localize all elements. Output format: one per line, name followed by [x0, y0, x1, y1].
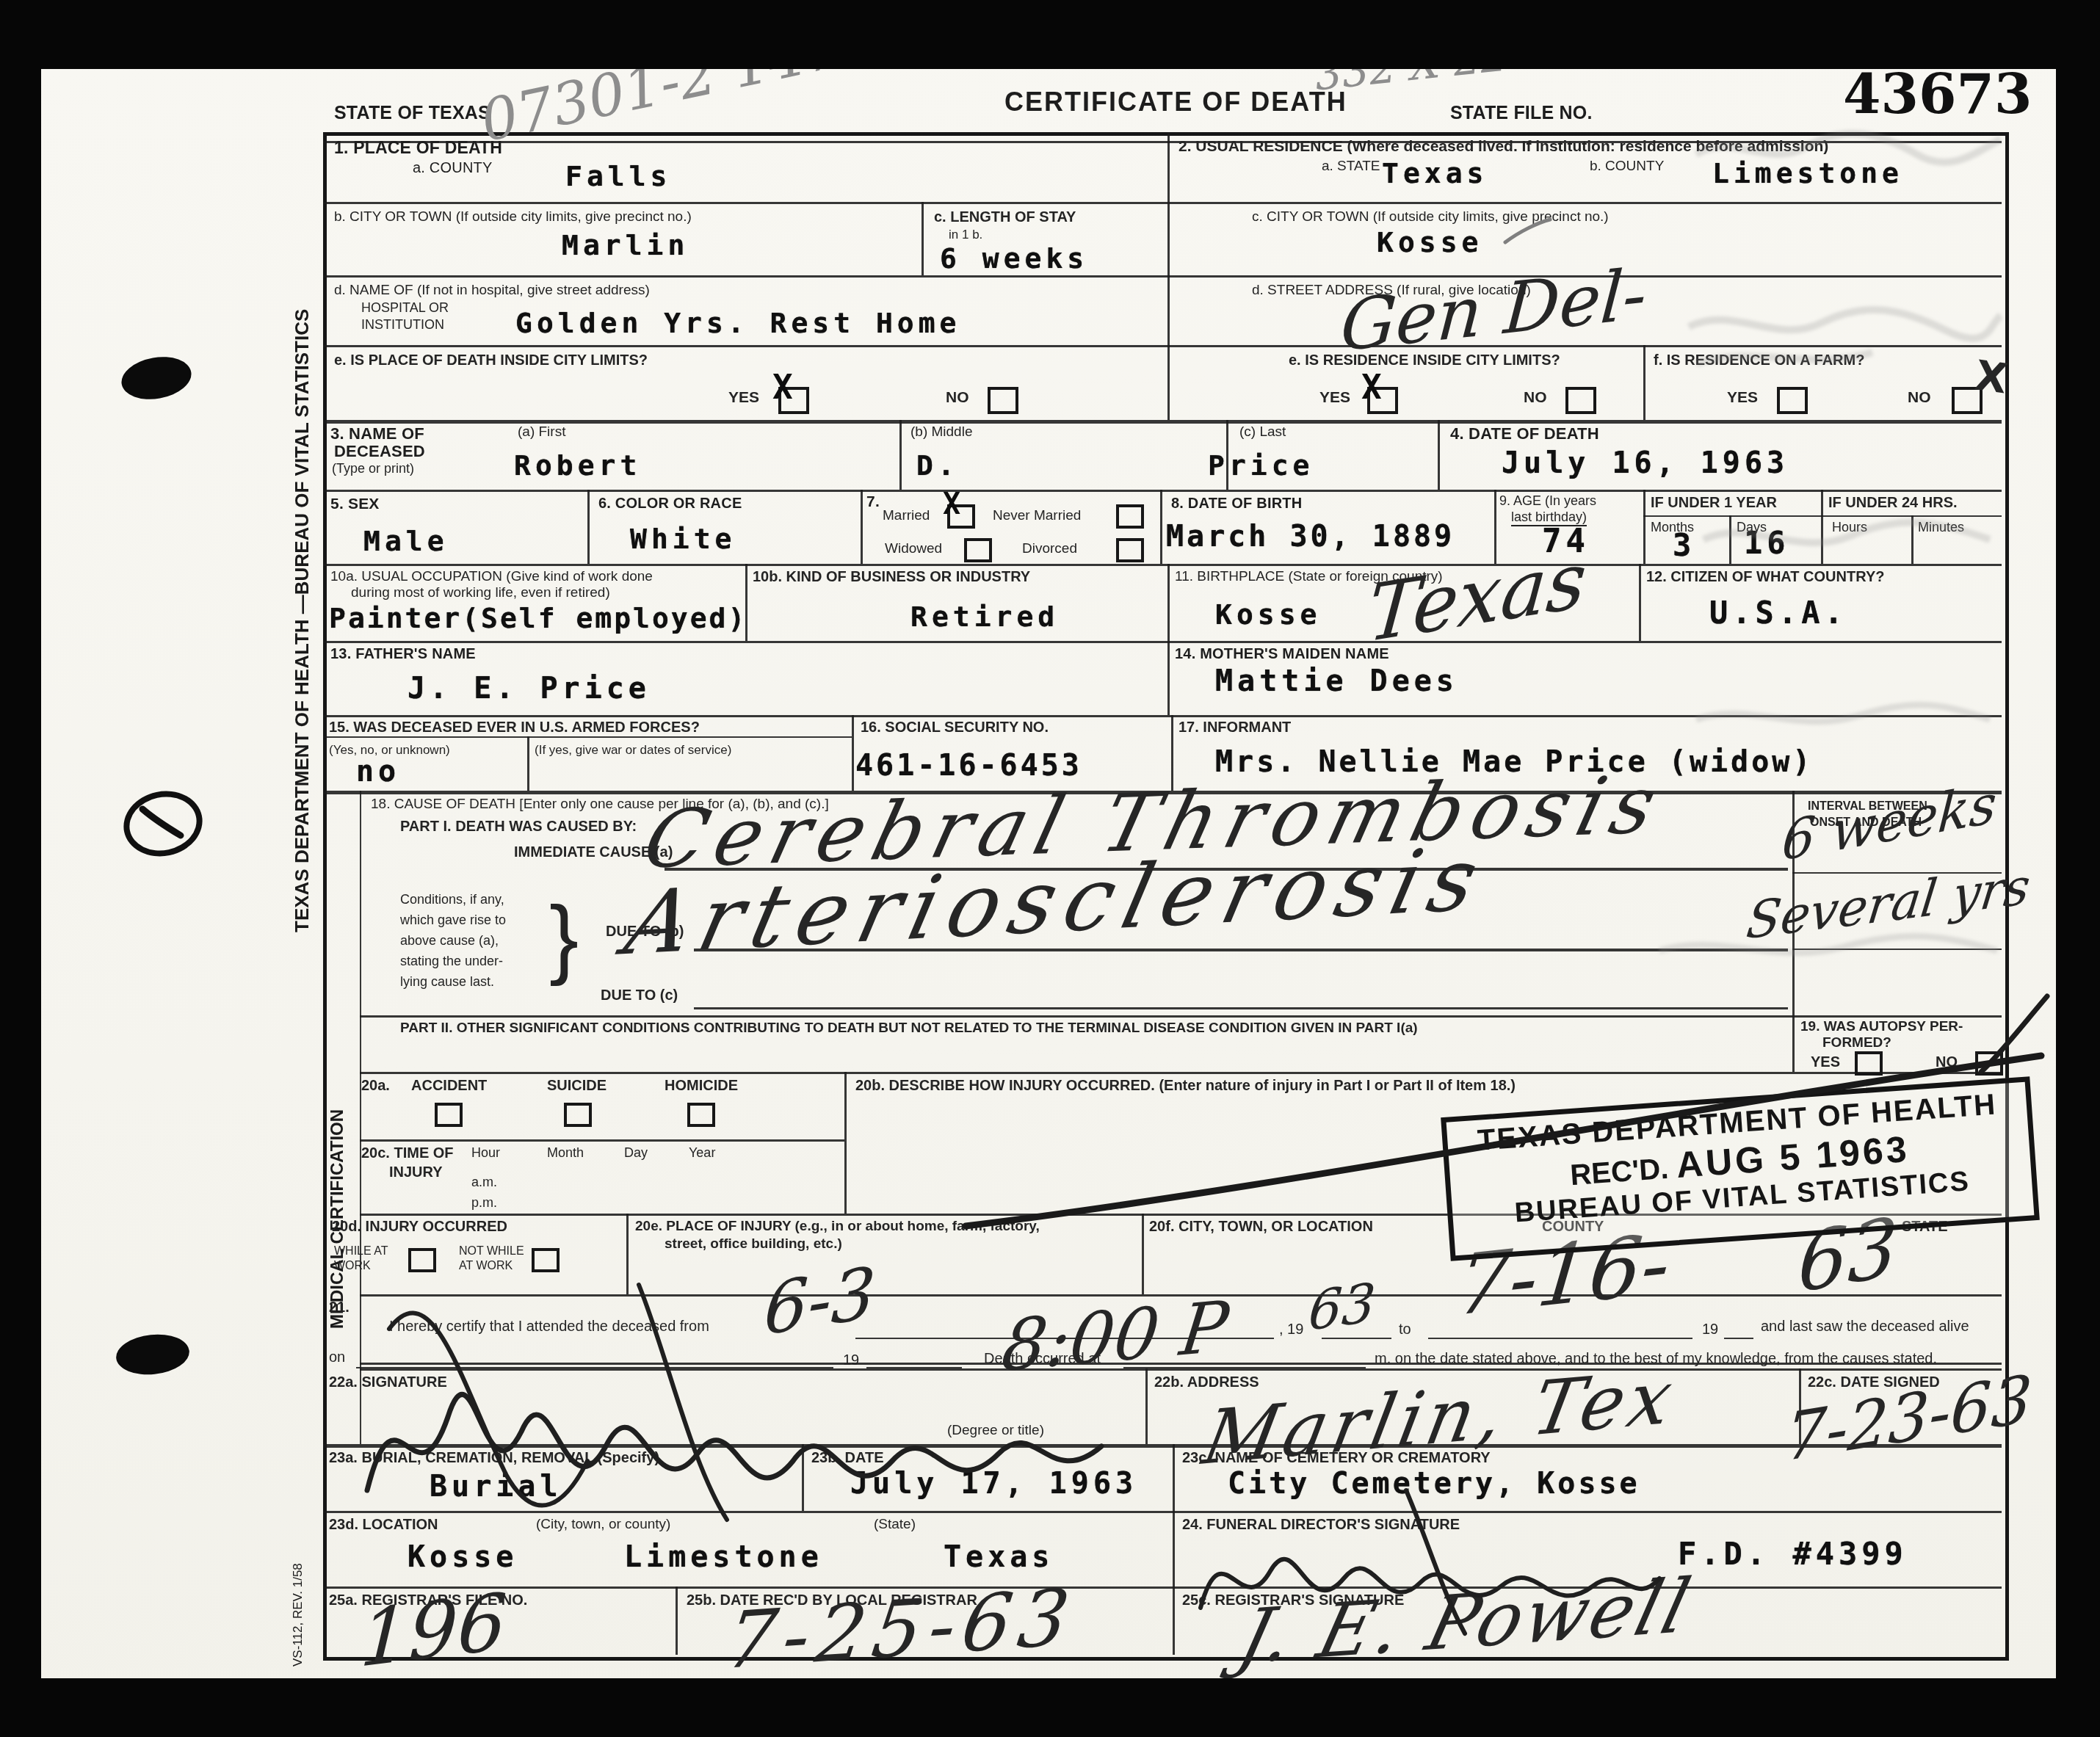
county-label: a. COUNTY [413, 160, 492, 177]
due-to-c-label: DUE TO (c) [601, 987, 678, 1004]
mother-value: Mattie Dees [1215, 664, 1458, 698]
agency-vertical-text: TEXAS DEPARTMENT OF HEALTH —BUREAU OF VI… [291, 345, 314, 932]
divorced-label: Divorced [1022, 541, 1077, 557]
location-city-value: Kosse [408, 1540, 518, 1574]
never-married-label: Never Married [993, 508, 1081, 524]
location-county-value: Limestone [624, 1540, 823, 1574]
date-of-death-value: July 16, 1963 [1502, 446, 1789, 480]
occupation-label-2: during most of working life, even if ret… [351, 585, 610, 601]
married-x: X [943, 487, 960, 521]
birthplace-value: Kosse [1215, 598, 1321, 631]
certify-on: on [329, 1349, 345, 1366]
form-number-vertical-text: VS-112, REV. 1/58 [291, 1498, 305, 1667]
first-name-label: (a) First [518, 424, 565, 440]
part1-label: PART I. DEATH WAS CAUSED BY: [400, 819, 637, 835]
marital-label: 7. [866, 493, 880, 511]
farm-yes-label: YES [1727, 389, 1758, 407]
length-of-stay-value: 6 weeks [940, 242, 1088, 275]
suicide-label: SUICIDE [547, 1078, 607, 1095]
industry-label: 10b. KIND OF BUSINESS OR INDUSTRY [753, 569, 1030, 586]
part2-label: PART II. OTHER SIGNIFICANT CONDITIONS CO… [400, 1020, 1418, 1037]
conditions-note-5: lying cause last. [400, 974, 494, 990]
residence-city-label: c. CITY OR TOWN (If outside city limits,… [1252, 209, 1609, 225]
accident-no-label: 20a. [361, 1078, 390, 1095]
residence-city-value: Kosse [1377, 226, 1482, 258]
residence-county-label: b. COUNTY [1590, 159, 1664, 175]
conditions-note-1: Conditions, if any, [400, 892, 504, 907]
farm-no-label: NO [1908, 389, 1931, 407]
length-of-stay-sub: in 1 b. [949, 228, 982, 242]
citizen-value: U.S.A. [1709, 595, 1847, 631]
pencil-tick [1502, 217, 1553, 246]
certify-19a2: 19 [1702, 1321, 1718, 1338]
physician-signature-scribble [345, 1241, 1153, 1534]
state-file-no-label: STATE FILE NO. [1450, 103, 1593, 124]
bleed-through-mark [1689, 683, 1997, 756]
pm-label: p.m. [471, 1195, 497, 1211]
institution-value: Golden Yrs. Rest Home [515, 307, 960, 339]
registrar-file-number: 196 [358, 1576, 509, 1685]
middle-name-label: (b) Middle [910, 424, 972, 440]
scanned-death-certificate: { "film": { "certificate_number": "43673… [0, 0, 2100, 1737]
first-name-value: Robert [514, 449, 641, 482]
address-label: 22b. ADDRESS [1154, 1374, 1259, 1391]
year-label: Year [689, 1145, 715, 1161]
industry-value: Retired [910, 601, 1059, 633]
institution-label2: HOSPITAL OR [361, 300, 449, 316]
film-edge-left [0, 0, 41, 1737]
bleed-through-mark [1696, 499, 1997, 587]
date-of-death-label: 4. DATE OF DEATH [1450, 424, 1599, 443]
certify-to: to [1399, 1321, 1411, 1338]
certify-19a: , 19 [1279, 1321, 1303, 1338]
residence-state-value: Texas [1382, 157, 1488, 189]
occupation-label-1: 10a. USUAL OCCUPATION (Give kind of work… [330, 569, 653, 585]
residence-state-label: a. STATE [1322, 159, 1380, 175]
death-city-limits-yes-x: X [772, 367, 793, 407]
armed-forces-label: 15. WAS DECEASED EVER IN U.S. ARMED FORC… [329, 719, 700, 736]
bleed-through-mark [1689, 110, 2005, 191]
armed-forces-value: no [356, 755, 400, 788]
pen-stroke-through-stamp [962, 1050, 2049, 1233]
city-or-town-value: Marlin [562, 229, 689, 261]
residence-yes-label: YES [1319, 389, 1350, 407]
bleed-through-mark [1681, 290, 2005, 385]
conditions-note-3: above cause (a), [400, 933, 499, 949]
injury-occurred-label: 20d. INJURY OCCURRED [332, 1219, 507, 1236]
middle-name-value: D. [916, 449, 959, 482]
race-value: White [630, 523, 736, 555]
date-of-birth-label: 8. DATE OF BIRTH [1171, 496, 1302, 512]
name-label-3: (Type or print) [332, 461, 414, 476]
location-state-value: Texas [944, 1540, 1054, 1574]
month-label: Month [547, 1145, 584, 1161]
film-edge-bottom [0, 1678, 2100, 1737]
sex-value: Male [363, 525, 449, 557]
film-edge-right [2056, 0, 2100, 1737]
ssn-label: 16. SOCIAL SECURITY NO. [861, 719, 1049, 736]
last-name-label: (c) Last [1239, 424, 1286, 440]
conditions-note-4: stating the under- [400, 954, 503, 969]
city-or-town-label: b. CITY OR TOWN (If outside city limits,… [334, 209, 692, 225]
death-city-limits-label: e. IS PLACE OF DEATH INSIDE CITY LIMITS? [334, 352, 648, 369]
name-label-2: DECEASED [334, 442, 425, 461]
race-label: 6. COLOR OR RACE [598, 496, 742, 512]
homicide-label: HOMICIDE [665, 1078, 738, 1095]
funeral-director-number: F.D. #4399 [1678, 1536, 1908, 1572]
conditions-brace: } [549, 887, 579, 988]
county-value: Falls [565, 160, 671, 192]
occupation-value: Painter(Self employed) [329, 602, 747, 634]
date-of-birth-value: March 30, 1889 [1166, 520, 1455, 554]
time-of-injury-label-2: INJURY [389, 1164, 443, 1181]
funeral-director-signature-scribble [1186, 1483, 1670, 1637]
institution-label: d. NAME OF (If not in hospital, give str… [334, 283, 650, 299]
father-value: J. E. Price [408, 672, 651, 706]
am-label: a.m. [471, 1175, 497, 1190]
widowed-label: Widowed [885, 541, 942, 557]
married-label: Married [883, 508, 930, 524]
length-of-stay-label: c. LENGTH OF STAY [934, 209, 1076, 226]
informant-label: 17. INFORMANT [1178, 719, 1291, 736]
last-name-value: Price [1208, 449, 1314, 482]
months-value: 3 [1673, 527, 1695, 563]
film-edge-top [0, 0, 2100, 69]
institution-label3: INSTITUTION [361, 317, 444, 333]
ssn-value: 461-16-6453 [855, 749, 1082, 783]
residence-no-label: NO [1524, 389, 1547, 407]
residence-city-limits-yes-x: X [1361, 367, 1382, 407]
autopsy-label-1: 19. WAS AUTOPSY PER- [1800, 1019, 1963, 1035]
age-label-1: 9. AGE (In years [1499, 493, 1596, 509]
mother-label: 14. MOTHER'S MAIDEN NAME [1175, 646, 1389, 663]
place-of-death-section-label: 1. PLACE OF DEATH [334, 138, 502, 158]
time-of-injury-label-1: 20c. TIME OF [361, 1145, 454, 1162]
conditions-note-2: which gave rise to [400, 913, 506, 928]
sex-label: 5. SEX [330, 496, 380, 513]
death-no-label: NO [946, 389, 969, 407]
name-label-1: 3. NAME OF [330, 424, 424, 443]
bleed-through-mark [1652, 910, 2005, 991]
father-label: 13. FATHER'S NAME [330, 646, 476, 663]
certificate-title: CERTIFICATE OF DEATH [1004, 87, 1347, 117]
accident-label: ACCIDENT [411, 1078, 487, 1095]
hour-label: Hour [471, 1145, 500, 1161]
state-of-texas-label: STATE OF TEXAS [334, 103, 490, 124]
death-yes-label: YES [728, 389, 759, 407]
autopsy-label-2: FORMED? [1822, 1035, 1891, 1051]
day-label: Day [624, 1145, 648, 1161]
attended-from-year-hand: 63 [1306, 1271, 1377, 1343]
certify-text-2: and last saw the deceased alive [1761, 1319, 1969, 1335]
armed-forces-sub2: (If yes, give war or dates of service) [535, 743, 731, 758]
